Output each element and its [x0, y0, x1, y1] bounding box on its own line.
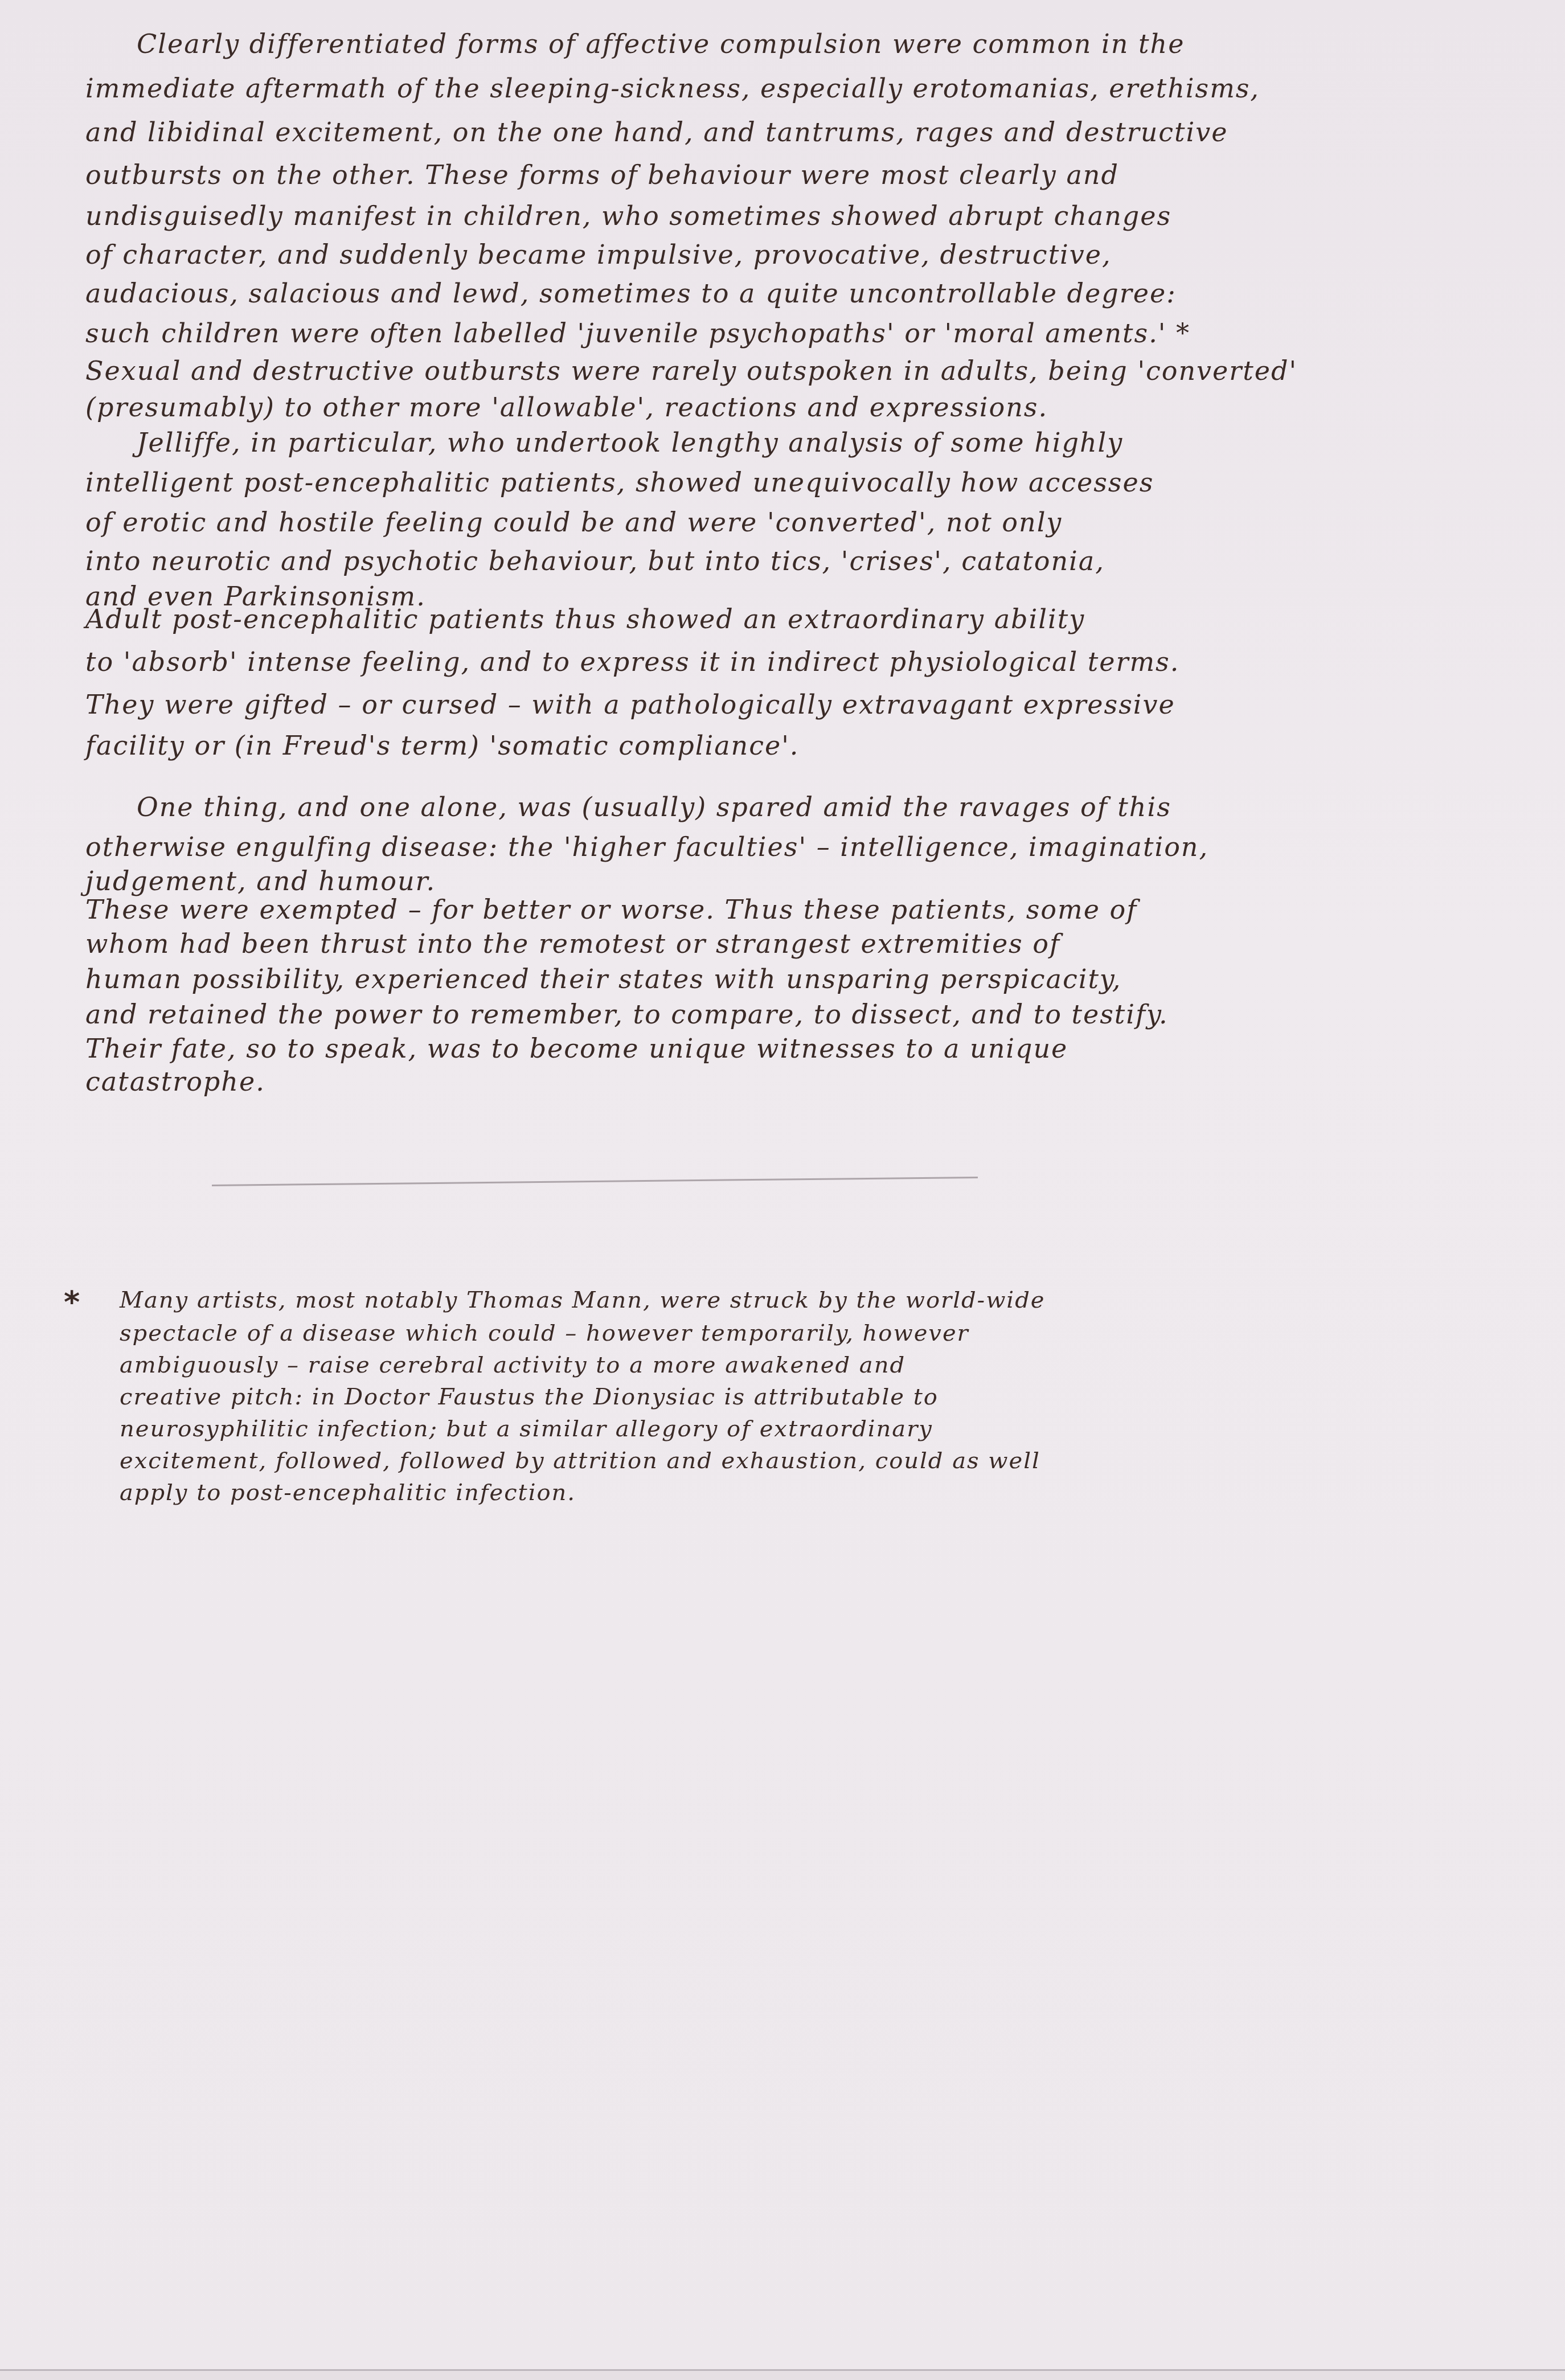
text-line: of character, and suddenly became impuls… — [85, 239, 1112, 270]
text-line: whom had been thrust into the remotest o… — [85, 928, 1060, 959]
text-line: undisguisedly manifest in children, who … — [85, 200, 1171, 231]
text-line: human possibility, experienced their sta… — [85, 964, 1121, 994]
text-line: facility or (in Freud's term) 'somatic c… — [85, 730, 799, 761]
manuscript-page: Clearly differentiated forms of affectiv… — [0, 0, 1565, 2371]
text-line: Jelliffe, in particular, who undertook l… — [137, 427, 1123, 458]
text-line: Adult post-encephalitic patients thus sh… — [85, 604, 1085, 634]
text-line: These were exempted – for better or wors… — [85, 894, 1137, 925]
text-line: outbursts on the other. These forms of b… — [85, 159, 1119, 190]
text-line: They were gifted – or cursed – with a pa… — [85, 689, 1175, 720]
text-line: (presumably) to other more 'allowable', … — [85, 392, 1048, 423]
footnote-divider — [212, 1177, 978, 1186]
page-bottom-edge — [0, 2371, 1565, 2380]
text-line: intelligent post-encephalitic patients, … — [85, 467, 1154, 498]
footnote-line: ambiguously – raise cerebral activity to… — [120, 1352, 906, 1378]
text-line: immediate aftermath of the sleeping-sick… — [85, 73, 1260, 104]
text-line: to 'absorb' intense feeling, and to expr… — [85, 646, 1179, 677]
text-line: Their fate, so to speak, was to become u… — [85, 1033, 1068, 1064]
text-line: into neurotic and psychotic behaviour, b… — [85, 546, 1105, 576]
text-line: otherwise engulfing disease: the 'higher… — [85, 831, 1208, 862]
footnote-line: creative pitch: in Doctor Faustus the Di… — [120, 1384, 939, 1410]
footnote-line: neurosyphilitic infection; but a similar… — [120, 1416, 933, 1442]
text-line: Sexual and destructive outbursts were ra… — [85, 355, 1297, 386]
text-line: judgement, and humour. — [85, 866, 436, 896]
text-line: and retained the power to remember, to c… — [85, 999, 1169, 1030]
footnote-line: apply to post-encephalitic infection. — [120, 1480, 576, 1506]
footnote-line: excitement, followed, followed by attrit… — [120, 1448, 1040, 1474]
text-line: of erotic and hostile feeling could be a… — [85, 507, 1062, 538]
text-line: such children were often labelled 'juven… — [85, 318, 1190, 349]
footnote-asterisk-icon: * — [64, 1284, 80, 1320]
text-line: Clearly differentiated forms of affectiv… — [137, 28, 1185, 59]
text-line: and libidinal excitement, on the one han… — [85, 117, 1228, 148]
footnote-line: spectacle of a disease which could – how… — [120, 1320, 969, 1346]
text-line: catastrophe. — [85, 1066, 265, 1097]
text-line: One thing, and one alone, was (usually) … — [137, 792, 1171, 822]
footnote-line: Many artists, most notably Thomas Mann, … — [120, 1287, 1045, 1313]
text-line: audacious, salacious and lewd, sometimes… — [85, 278, 1177, 309]
